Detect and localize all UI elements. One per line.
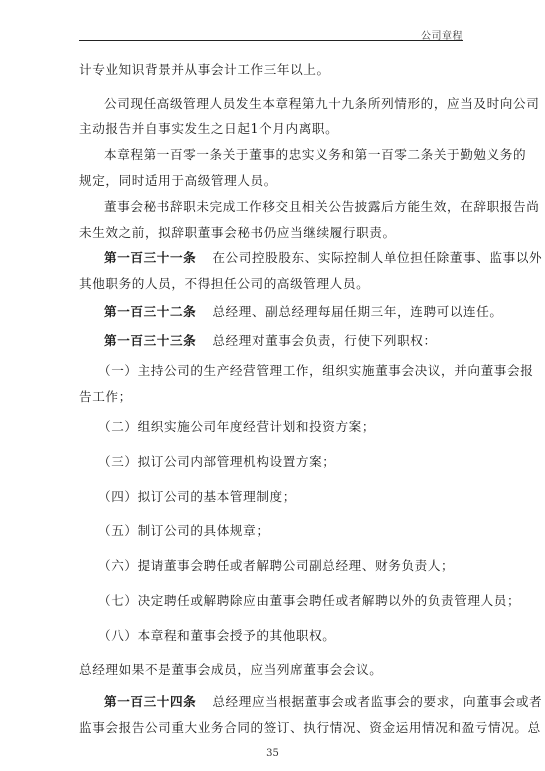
article-title: 第一百三十一条 — [104, 250, 196, 265]
article-text: 在公司控股股东、实际控制人单位担任除董事、监事以外 — [212, 250, 542, 265]
list-item: （八）本章程和董事会授予的其他职权。 — [98, 628, 484, 644]
list-item: （六）提请董事会聘任或者解聘公司副总经理、财务负责人； — [98, 558, 484, 574]
article-title: 第一百三十四条 — [104, 694, 196, 709]
article-title: 第一百三十三条 — [104, 333, 196, 348]
article-132: 第一百三十二条总经理、副总经理每届任期三年，连聘可以连任。 — [104, 304, 490, 320]
list-item: （七）决定聘任或解聘除应由董事会聘任或者解聘以外的负责管理人员； — [98, 593, 484, 609]
list-item: （四）拟订公司的基本管理制度； — [98, 489, 484, 505]
paragraph-line: 计专业知识背景并从事会计工作三年以上。 — [79, 62, 465, 78]
document-page: 公司章程 计专业知识背景并从事会计工作三年以上。 公司现任高级管理人员发生本章程… — [0, 0, 545, 771]
article-title: 第一百三十二条 — [104, 304, 196, 319]
header-rule — [79, 40, 463, 41]
list-item: （五）制订公司的具体规章； — [98, 523, 484, 539]
article-131: 第一百三十一条在公司控股股东、实际控制人单位担任除董事、监事以外 — [104, 250, 490, 266]
page-number: 35 — [0, 748, 545, 759]
list-item: （一）主持公司的生产经营管理工作，组织实施董事会决议，并向董事会报 — [98, 363, 484, 379]
paragraph-line: 公司现任高级管理人员发生本章程第九十九条所列情形的，应当及时向公司 — [104, 96, 490, 112]
article-text: 总经理对董事会负责，行使下列职权： — [212, 333, 436, 348]
paragraph-line: 规定，同时适用于高级管理人员。 — [79, 173, 465, 189]
list-item-continuation: 告工作； — [79, 389, 465, 405]
list-item: （三）拟订公司内部管理机构设置方案； — [98, 454, 484, 470]
paragraph-line: 其他职务的人员，不得担任公司的高级管理人员。 — [79, 276, 465, 292]
article-133: 第一百三十三条总经理对董事会负责，行使下列职权： — [104, 333, 490, 349]
paragraph-line: 董事会秘书辞职未完成工作移交且相关公告披露后方能生效，在辞职报告尚 — [104, 199, 490, 215]
list-item: （二）组织实施公司年度经营计划和投资方案； — [98, 419, 484, 435]
paragraph-line: 未生效之前，拟辞职董事会秘书仍应当继续履行职责。 — [79, 225, 465, 241]
article-text: 总经理、副总经理每届任期三年，连聘可以连任。 — [212, 304, 502, 319]
article-134: 第一百三十四条总经理应当根据董事会或者监事会的要求，向董事会或者 — [104, 694, 490, 710]
paragraph-line: 总经理如果不是董事会成员，应当列席董事会会议。 — [79, 662, 465, 678]
paragraph-line: 主动报告并自事实发生之日起1个月内离职。 — [79, 121, 465, 137]
paragraph-line: 本章程第一百零一条关于董事的忠实义务和第一百零二条关于勤勉义务的 — [104, 147, 490, 163]
paragraph-line: 监事会报告公司重大业务合同的签订、执行情况、资金运用情况和盈亏情况。总 — [79, 720, 465, 736]
article-text: 总经理应当根据董事会或者监事会的要求，向董事会或者 — [212, 694, 542, 709]
